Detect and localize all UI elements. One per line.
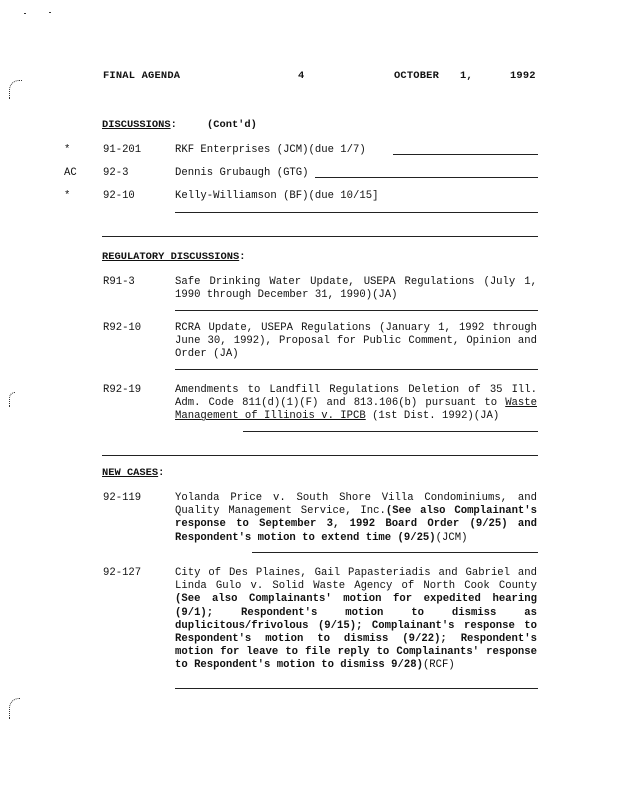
- item-mark: *: [64, 144, 70, 156]
- section-heading-text: NEW CASES: [102, 467, 158, 479]
- item-mark: *: [64, 190, 70, 202]
- signature-rule: [175, 310, 538, 311]
- hole-punch-mark: [9, 698, 20, 719]
- docket-number: 92-119: [103, 492, 141, 504]
- signature-rule: [243, 431, 538, 432]
- item-description: Safe Drinking Water Update, USEPA Regula…: [175, 276, 537, 302]
- item-description: Kelly-Williamson (BF)(due 10/15]: [175, 190, 537, 203]
- signature-rule: [175, 688, 538, 689]
- docket-number: 92-3: [103, 167, 128, 179]
- section-divider: [102, 455, 538, 456]
- docket-number: R91-3: [103, 276, 135, 288]
- signature-rule: [393, 154, 538, 155]
- signature-rule: [175, 369, 538, 370]
- section-heading-regulatory: REGULATORY DISCUSSIONS:: [102, 251, 245, 263]
- date-day: 1,: [460, 70, 473, 82]
- item-description: City of Des Plaines, Gail Papasteriadis …: [175, 567, 537, 673]
- date-year: 1992: [510, 70, 536, 82]
- section-divider: [102, 236, 538, 237]
- section-heading-new-cases: NEW CASES:: [102, 467, 164, 479]
- section-continued-label: (Cont'd): [207, 119, 257, 131]
- docket-number: R92-19: [103, 384, 141, 396]
- item-description: Amendments to Landfill Regulations Delet…: [175, 384, 537, 424]
- scan-speck: [49, 12, 51, 13]
- scan-speck: [24, 13, 26, 14]
- item-description: Dennis Grubaugh (GTG): [175, 167, 537, 180]
- docket-number: 92-10: [103, 190, 135, 202]
- section-heading-text: DISCUSSIONS: [102, 119, 171, 131]
- item-description: RCRA Update, USEPA Regulations (January …: [175, 322, 537, 362]
- hole-punch-mark: [9, 392, 15, 407]
- signature-rule: [252, 552, 538, 553]
- date-month: OCTOBER: [394, 70, 439, 82]
- docket-number: R92-10: [103, 322, 141, 334]
- section-heading-text: REGULATORY DISCUSSIONS: [102, 251, 239, 263]
- agenda-title: FINAL AGENDA: [103, 70, 180, 82]
- hole-punch-mark: [9, 80, 22, 99]
- item-description: Yolanda Price v. South Shore Villa Condo…: [175, 492, 537, 545]
- item-mark: AC: [64, 167, 77, 179]
- docket-number: 92-127: [103, 567, 141, 579]
- item-description: RKF Enterprises (JCM)(due 1/7): [175, 144, 537, 157]
- page-number: 4: [298, 70, 304, 82]
- signature-rule: [175, 212, 538, 213]
- docket-number: 91-201: [103, 144, 141, 156]
- section-heading-discussions: DISCUSSIONS:: [102, 119, 177, 131]
- signature-rule: [315, 177, 538, 178]
